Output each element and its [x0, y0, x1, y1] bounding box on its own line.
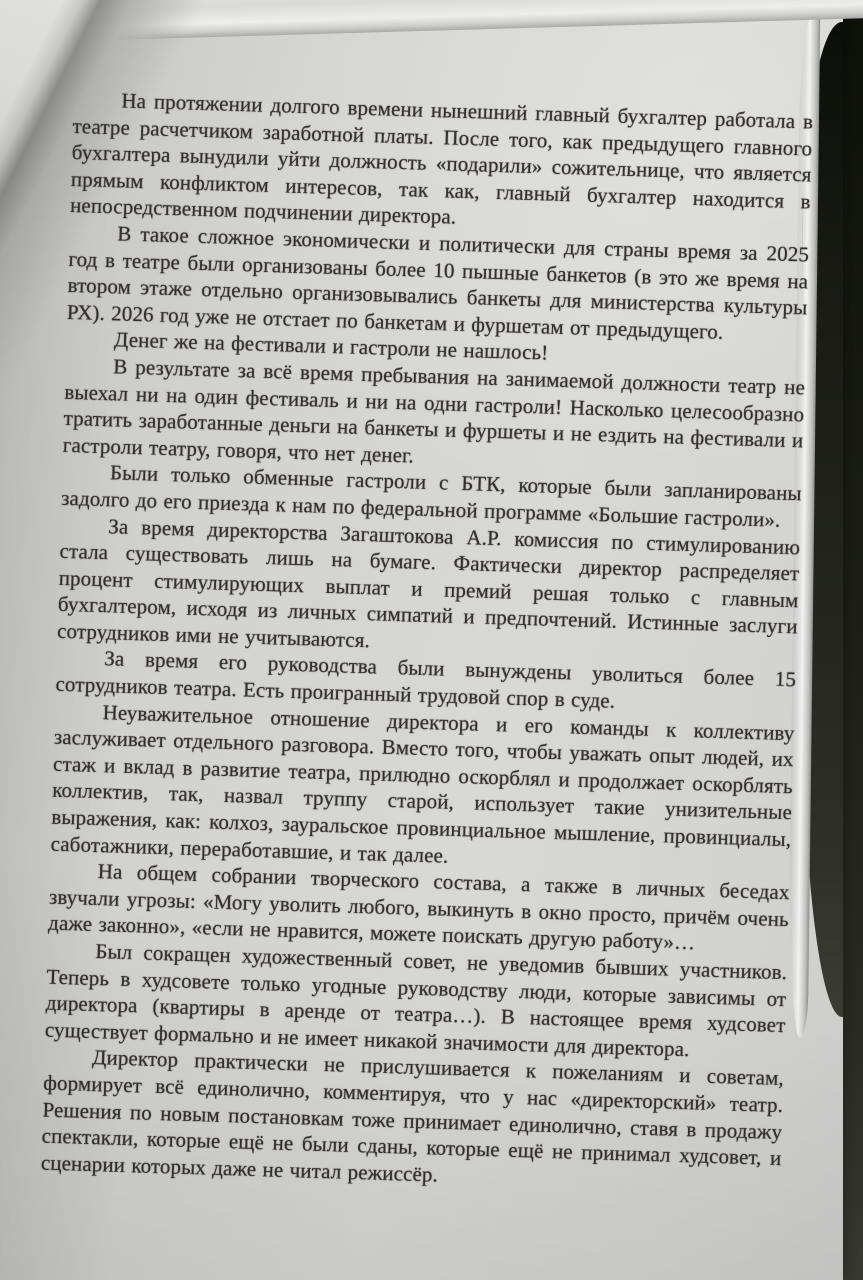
photo-of-document: На протяжении долгого времени нынешний г…: [0, 0, 863, 1280]
paragraph-accountant-history: На протяжении долгого времени нынешний г…: [70, 86, 814, 242]
paragraph-sole-decisions: Директор практически не прислушивается к…: [41, 1043, 785, 1199]
paragraph-disrespect: Неуважительное отношение директора и его…: [50, 697, 795, 879]
document-text: На протяжении долгого времени нынешний г…: [41, 86, 814, 1198]
paragraph-stimulation-commission: За время директорства Загаштокова А.Р. к…: [57, 511, 801, 667]
document-page: На протяжении долгого времени нынешний г…: [0, 0, 843, 1280]
sheet-top-edge: [0, 0, 863, 44]
